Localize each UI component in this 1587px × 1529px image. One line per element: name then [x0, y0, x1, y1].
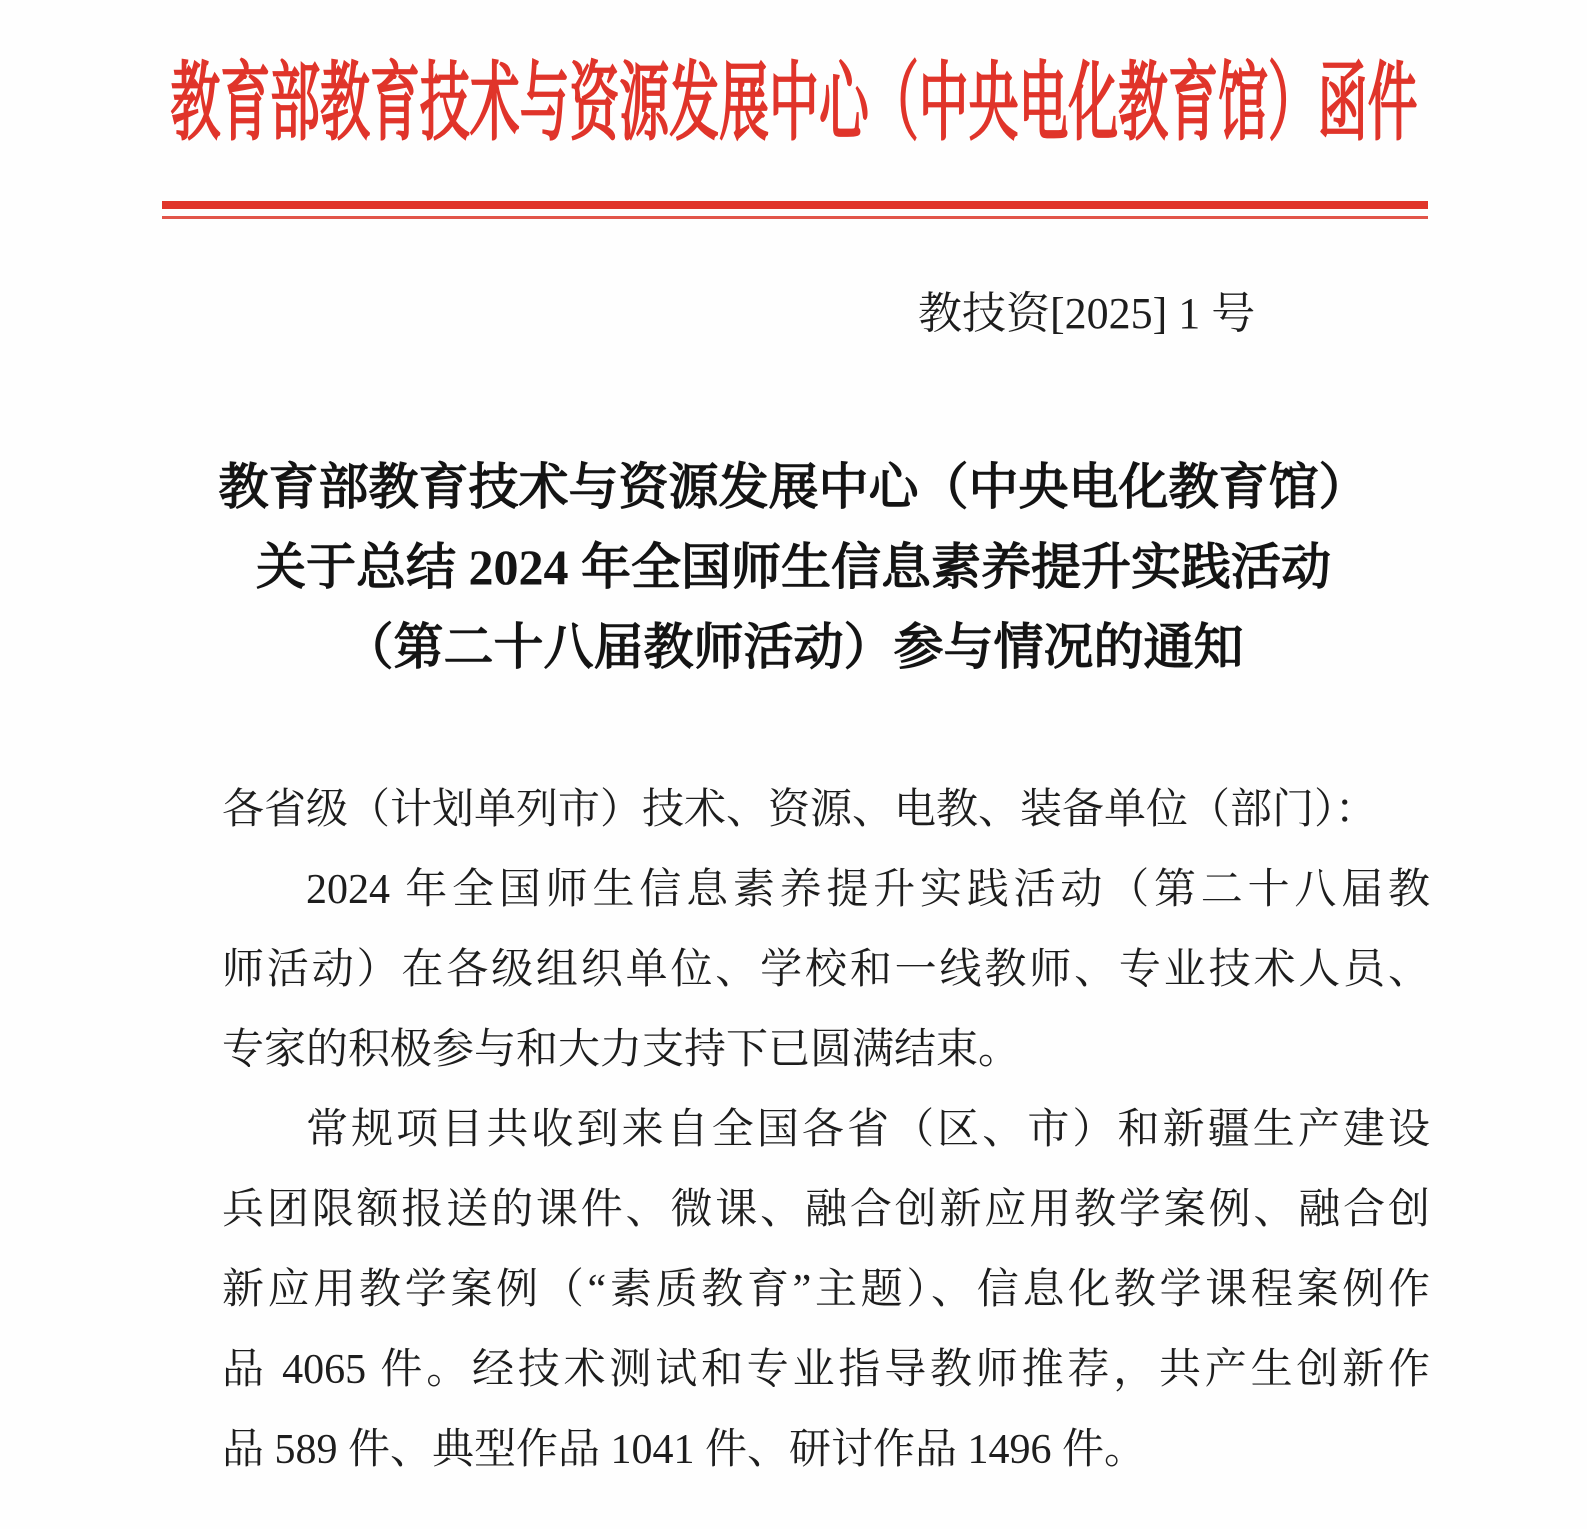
letterhead-title: 教育部教育技术与资源发展中心（中央电化教育馆）函件 [170, 48, 1417, 158]
document-number: 教技资[2025] 1 号 [918, 288, 1255, 340]
salutation-line: 各省级（计划单列市）技术、资源、电教、装备单位（部门）： [222, 770, 1430, 850]
notice-title-line-1: 教育部教育技术与资源发展中心（中央电化教育馆） [0, 447, 1587, 527]
document-page: 教育部教育技术与资源发展中心（中央电化教育馆）函件 教技资[2025] 1 号 … [0, 0, 1587, 1529]
paragraph2-line-4: 品 4065 件。经技术测试和专业指导教师推荐，共产生创新作 [222, 1330, 1430, 1410]
paragraph2-line-2: 兵团限额报送的课件、微课、融合创新应用教学案例、融合创 [222, 1170, 1430, 1250]
paragraph2-line-5: 品 589 件、典型作品 1041 件、研讨作品 1496 件。 [222, 1410, 1430, 1490]
paragraph1-line-3: 专家的积极参与和大力支持下已圆满结束。 [222, 1010, 1430, 1090]
paragraph2-line-1: 常规项目共收到来自全国各省（区、市）和新疆生产建设 [222, 1090, 1430, 1170]
red-rule-thin [162, 216, 1428, 219]
paragraph1-line-2: 师活动）在各级组织单位、学校和一线教师、专业技术人员、 [222, 930, 1430, 1010]
notice-title-line-2: 关于总结 2024 年全国师生信息素养提升实践活动 [0, 527, 1587, 607]
notice-title-line-3: （第二十八届教师活动）参与情况的通知 [0, 607, 1587, 687]
notice-title: 教育部教育技术与资源发展中心（中央电化教育馆） 关于总结 2024 年全国师生信… [0, 447, 1587, 687]
notice-body: 各省级（计划单列市）技术、资源、电教、装备单位（部门）： 2024 年全国师生信… [222, 770, 1430, 1490]
paragraph2-line-3: 新应用教学案例（“素质教育”主题）、信息化教学课程案例作 [222, 1250, 1430, 1330]
red-rule-thick [162, 201, 1428, 209]
paragraph1-line-1: 2024 年全国师生信息素养提升实践活动（第二十八届教 [222, 850, 1430, 930]
